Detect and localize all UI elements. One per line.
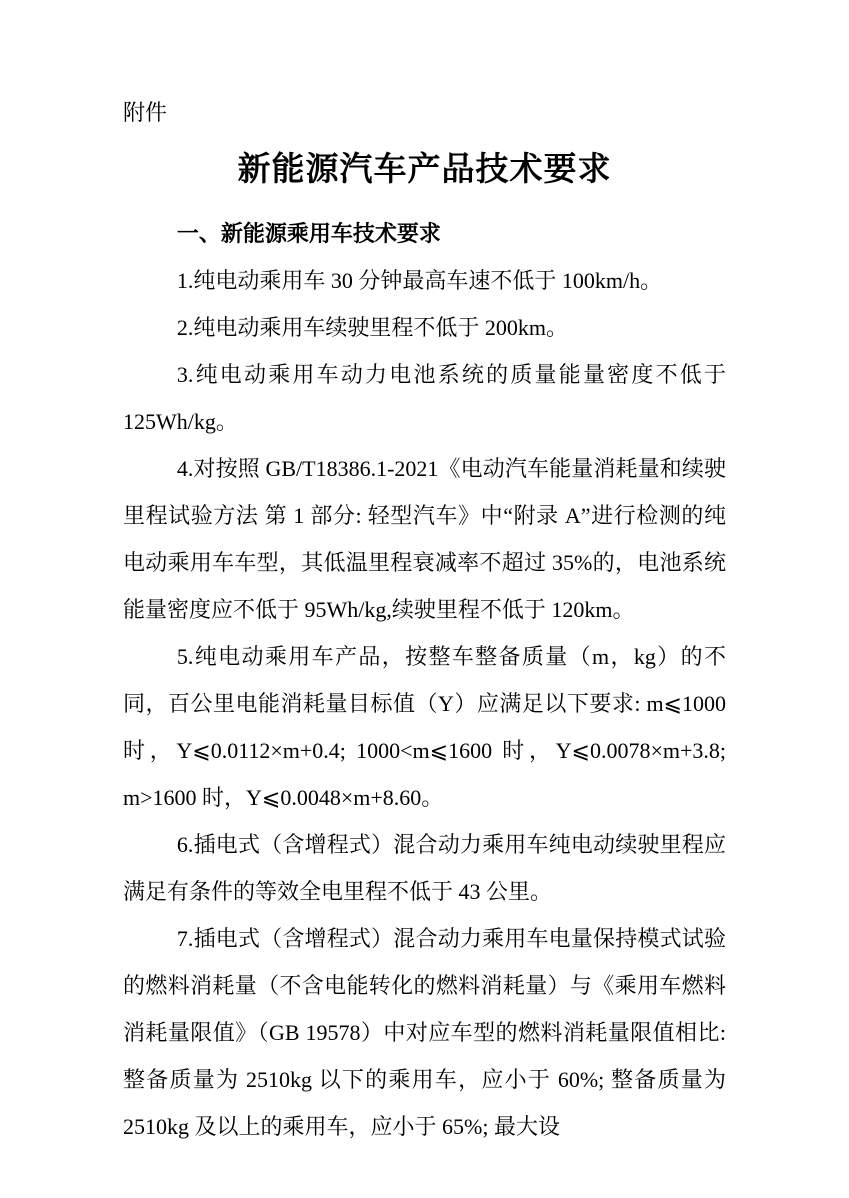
body-text: 1.纯电动乘用车 30 分钟最高车速不低于 100km/h。 2.纯电动乘用车续… [123, 257, 726, 1150]
paragraph-6: 6.插电式（含增程式）混合动力乘用车纯电动续驶里程应满足有条件的等效全电里程不低… [123, 821, 726, 915]
attachment-label: 附件 [123, 98, 726, 128]
document-title: 新能源汽车产品技术要求 [123, 148, 726, 192]
paragraph-3: 3.纯电动乘用车动力电池系统的质量能量密度不低于 125Wh/kg。 [123, 351, 726, 445]
paragraph-1: 1.纯电动乘用车 30 分钟最高车速不低于 100km/h。 [123, 257, 726, 304]
section-heading: 一、新能源乘用车技术要求 [123, 218, 726, 250]
document-page: 附件 新能源汽车产品技术要求 一、新能源乘用车技术要求 1.纯电动乘用车 30 … [0, 0, 849, 1198]
paragraph-2: 2.纯电动乘用车续驶里程不低于 200km。 [123, 304, 726, 351]
paragraph-4: 4.对按照 GB/T18386.1-2021《电动汽车能量消耗量和续驶里程试验方… [123, 445, 726, 633]
document-content: 附件 新能源汽车产品技术要求 一、新能源乘用车技术要求 1.纯电动乘用车 30 … [123, 98, 726, 1150]
paragraph-7: 7.插电式（含增程式）混合动力乘用车电量保持模式试验的燃料消耗量（不含电能转化的… [123, 915, 726, 1150]
paragraph-5: 5.纯电动乘用车产品，按整车整备质量（m，kg）的不同，百公里电能消耗量目标值（… [123, 633, 726, 821]
